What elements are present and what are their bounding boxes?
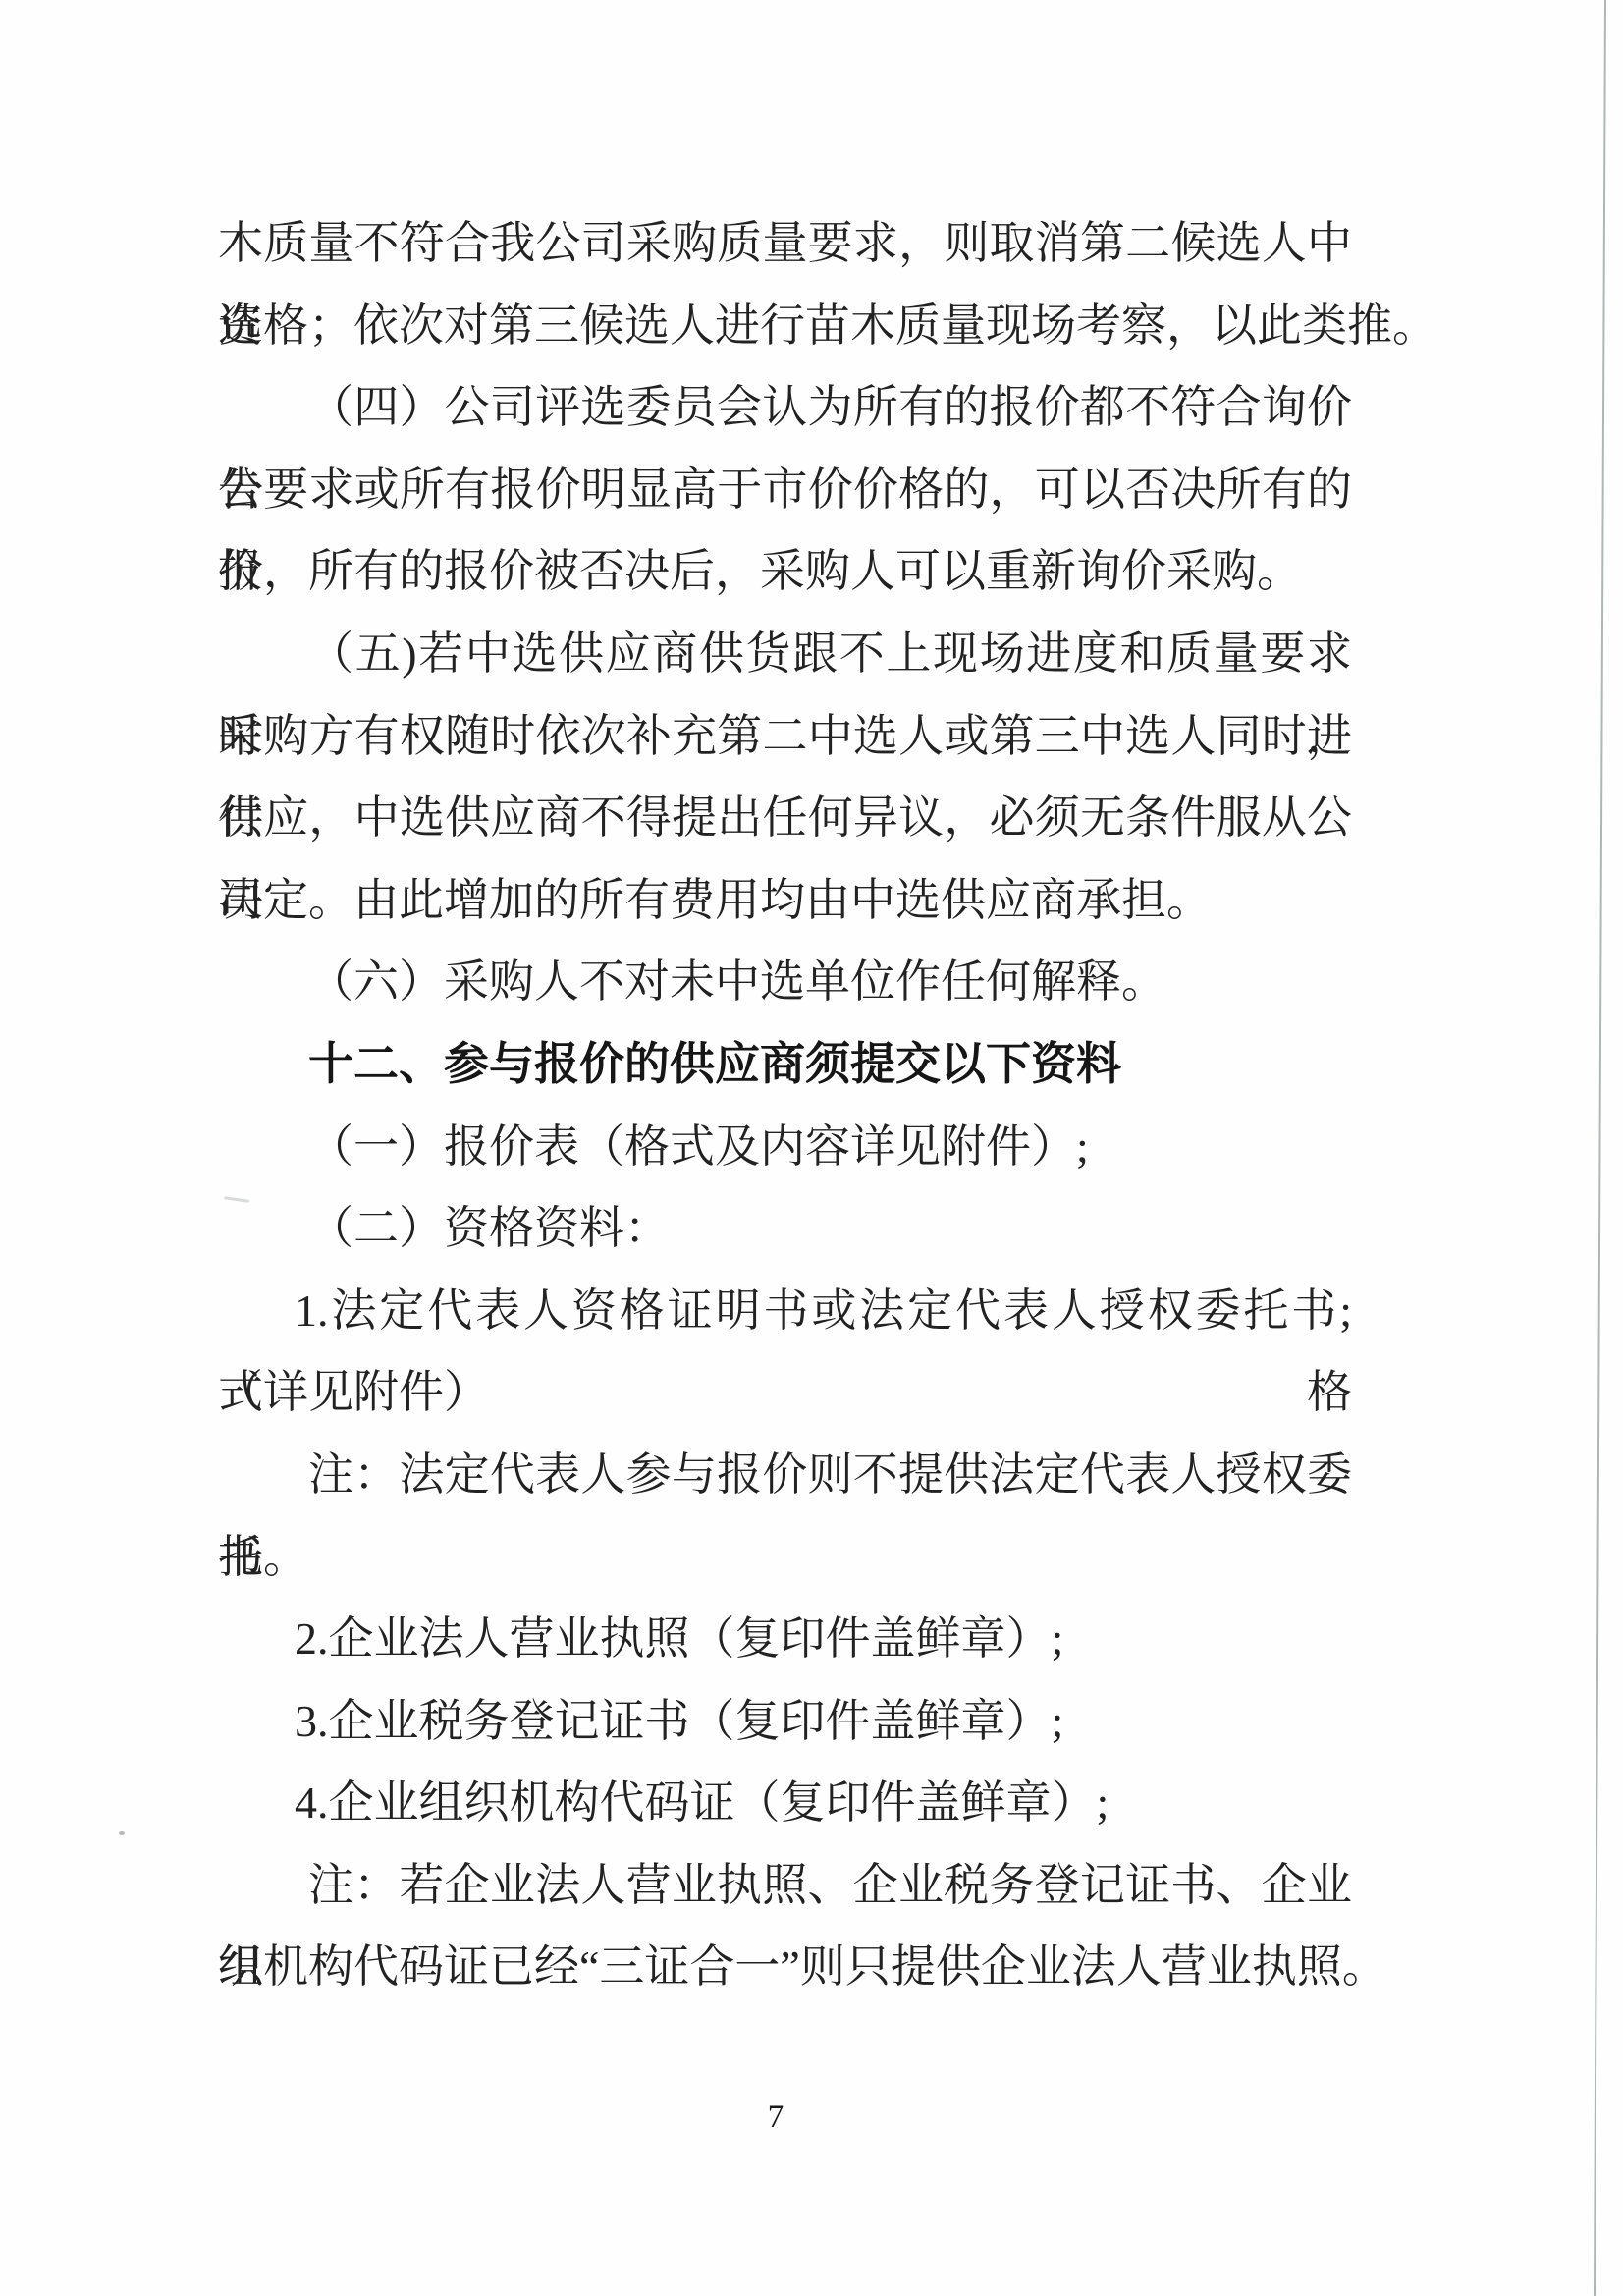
text-line: 采购方有权随时依次补充第二中选人或第三中选人同时进行	[218, 695, 1352, 778]
section-heading: 十二、参与报价的供应商须提交以下资料	[218, 1023, 1352, 1106]
text-line: 资格；依次对第三候选人进行苗木质量现场考察，以此类推。	[218, 285, 1352, 367]
text-line: （二）资格资料：	[218, 1187, 1352, 1270]
text-line: 3.企业税务登记证书（复印件盖鲜章）;	[218, 1680, 1352, 1763]
text-line: 木质量不符合我公司采购质量要求，则取消第二候选人中选	[218, 202, 1352, 285]
text-line: 书。	[218, 1516, 1352, 1599]
scan-edge-line	[1594, 0, 1606, 2296]
text-line: 注：若企业法人营业执照、企业税务登记证书、企业组	[218, 1844, 1352, 1927]
text-line: 织机构代码证已经“三证合一”则只提供企业法人营业执照。	[218, 1926, 1352, 2008]
page-number: 7	[756, 2098, 795, 2137]
text-line: 价，所有的报价被否决后，采购人可以重新询价采购。	[218, 530, 1352, 613]
document-page: 木质量不符合我公司采购质量要求，则取消第二候选人中选 资格；依次对第三候选人进行…	[0, 0, 1623, 2296]
text-line: 告要求或所有报价明显高于市价价格的，可以否决所有的报	[218, 449, 1352, 531]
text-line: 供应，中选供应商不得提出任何异议，必须无条件服从公司	[218, 777, 1352, 859]
text-line: 注：法定代表人参与报价则不提供法定代表人授权委托	[218, 1434, 1352, 1516]
document-body: 木质量不符合我公司采购质量要求，则取消第二候选人中选 资格；依次对第三候选人进行…	[218, 202, 1352, 2008]
text-line: （五)若中选供应商供货跟不上现场进度和质量要求时，	[218, 613, 1352, 695]
text-line: （六）采购人不对未中选单位作任何解释。	[218, 941, 1352, 1023]
text-line: 决定。由此增加的所有费用均由中选供应商承担。	[218, 859, 1352, 942]
text-line: （四）公司评选委员会认为所有的报价都不符合询价公	[218, 366, 1352, 449]
text-line: 2.企业法人营业执照（复印件盖鲜章）;	[218, 1598, 1352, 1680]
text-line: 4.企业组织机构代码证（复印件盖鲜章）;	[218, 1762, 1352, 1844]
scan-speck-dot	[119, 1831, 125, 1835]
text-line: 1.法定代表人资格证明书或法定代表人授权委托书;（格	[218, 1270, 1352, 1352]
text-line: （一）报价表（格式及内容详见附件）;	[218, 1106, 1352, 1188]
